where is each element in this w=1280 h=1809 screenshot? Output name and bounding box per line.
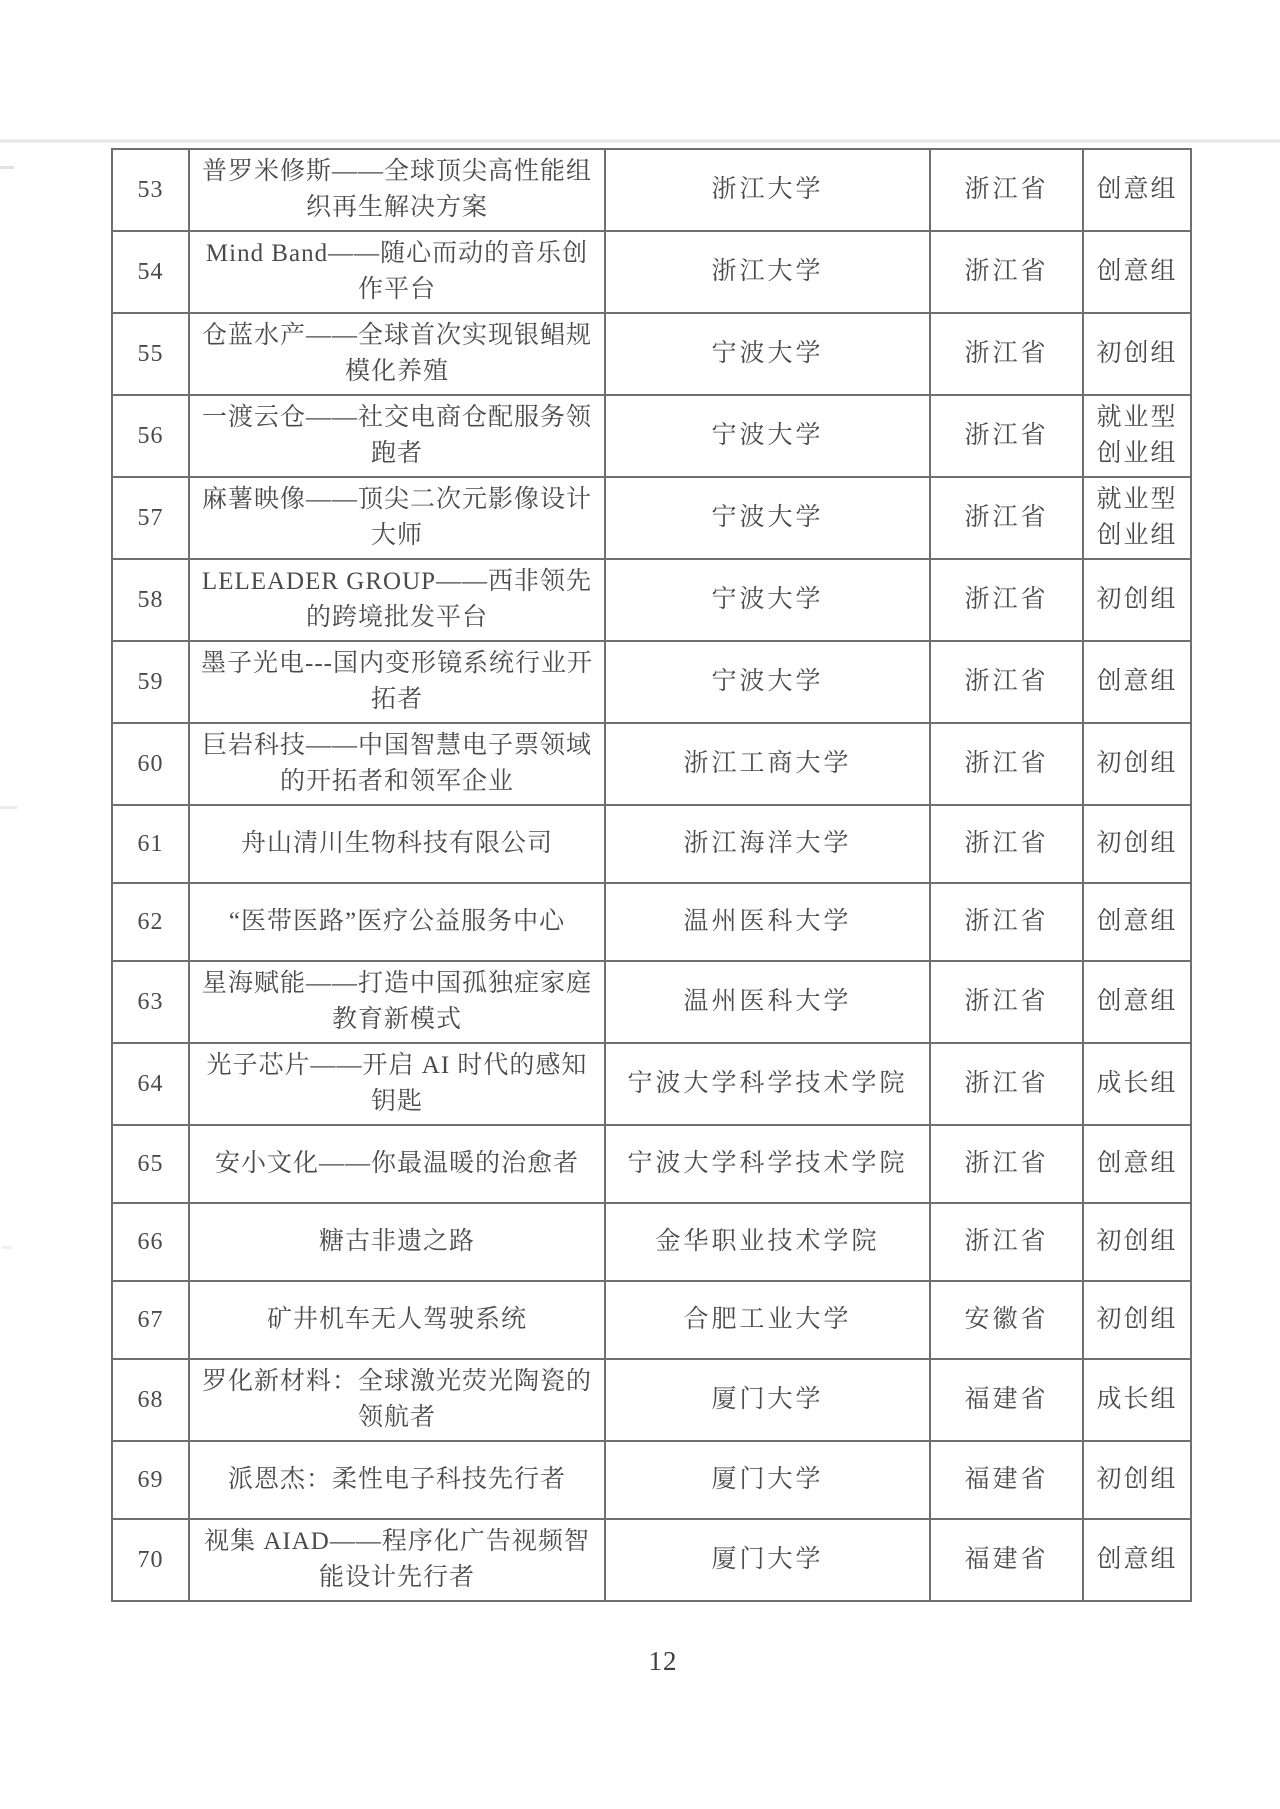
project-name-cell: 巨岩科技——中国智慧电子票领域的开拓者和领军企业 bbox=[189, 723, 605, 805]
project-name-cell: LELEADER GROUP——西非领先的跨境批发平台 bbox=[189, 559, 605, 641]
university-cell: 宁波大学 bbox=[605, 477, 930, 559]
university-cell: 合肥工业大学 bbox=[605, 1281, 930, 1359]
row-number-cell: 65 bbox=[112, 1125, 189, 1203]
row-number-cell: 66 bbox=[112, 1203, 189, 1281]
group-cell: 初创组 bbox=[1083, 805, 1191, 883]
project-name-cell: 舟山清川生物科技有限公司 bbox=[189, 805, 605, 883]
university-cell: 宁波大学 bbox=[605, 313, 930, 395]
table-row: 69 派恩杰：柔性电子科技先行者 厦门大学 福建省 初创组 bbox=[112, 1441, 1191, 1519]
group-cell: 就业型创业组 bbox=[1083, 477, 1191, 559]
scan-seam-band bbox=[0, 139, 1280, 143]
table-row: 55 仓蓝水产——全球首次实现银鲳规模化养殖 宁波大学 浙江省 初创组 bbox=[112, 313, 1191, 395]
province-cell: 福建省 bbox=[930, 1519, 1083, 1601]
university-cell: 金华职业技术学院 bbox=[605, 1203, 930, 1281]
university-cell: 厦门大学 bbox=[605, 1359, 930, 1441]
row-number-cell: 64 bbox=[112, 1043, 189, 1125]
province-cell: 浙江省 bbox=[930, 477, 1083, 559]
group-cell: 初创组 bbox=[1083, 313, 1191, 395]
group-cell: 就业型创业组 bbox=[1083, 395, 1191, 477]
province-cell: 浙江省 bbox=[930, 149, 1083, 231]
group-cell: 创意组 bbox=[1083, 641, 1191, 723]
province-cell: 浙江省 bbox=[930, 1043, 1083, 1125]
table-row: 57 麻薯映像——顶尖二次元影像设计大师 宁波大学 浙江省 就业型创业组 bbox=[112, 477, 1191, 559]
project-name-cell: Mind Band——随心而动的音乐创作平台 bbox=[189, 231, 605, 313]
project-name-cell: “医带医路”医疗公益服务中心 bbox=[189, 883, 605, 961]
scanned-document-page: 53 普罗米修斯——全球顶尖高性能组织再生解决方案 浙江大学 浙江省 创意组 5… bbox=[0, 0, 1280, 1809]
group-cell: 创意组 bbox=[1083, 1519, 1191, 1601]
university-cell: 温州医科大学 bbox=[605, 961, 930, 1043]
group-cell: 创意组 bbox=[1083, 149, 1191, 231]
results-table: 53 普罗米修斯——全球顶尖高性能组织再生解决方案 浙江大学 浙江省 创意组 5… bbox=[111, 148, 1192, 1602]
row-number-cell: 60 bbox=[112, 723, 189, 805]
province-cell: 浙江省 bbox=[930, 313, 1083, 395]
university-cell: 浙江大学 bbox=[605, 149, 930, 231]
table-row: 62 “医带医路”医疗公益服务中心 温州医科大学 浙江省 创意组 bbox=[112, 883, 1191, 961]
table-row: 65 安小文化——你最温暖的治愈者 宁波大学科学技术学院 浙江省 创意组 bbox=[112, 1125, 1191, 1203]
province-cell: 福建省 bbox=[930, 1359, 1083, 1441]
table-row: 54 Mind Band——随心而动的音乐创作平台 浙江大学 浙江省 创意组 bbox=[112, 231, 1191, 313]
row-number-cell: 68 bbox=[112, 1359, 189, 1441]
group-cell: 初创组 bbox=[1083, 723, 1191, 805]
table-row: 58 LELEADER GROUP——西非领先的跨境批发平台 宁波大学 浙江省 … bbox=[112, 559, 1191, 641]
university-cell: 宁波大学 bbox=[605, 559, 930, 641]
row-number-cell: 67 bbox=[112, 1281, 189, 1359]
project-name-cell: 星海赋能——打造中国孤独症家庭教育新模式 bbox=[189, 961, 605, 1043]
province-cell: 浙江省 bbox=[930, 395, 1083, 477]
row-number-cell: 61 bbox=[112, 805, 189, 883]
row-number-cell: 58 bbox=[112, 559, 189, 641]
row-number-cell: 59 bbox=[112, 641, 189, 723]
group-cell: 创意组 bbox=[1083, 961, 1191, 1043]
university-cell: 浙江海洋大学 bbox=[605, 805, 930, 883]
province-cell: 浙江省 bbox=[930, 641, 1083, 723]
row-number-cell: 53 bbox=[112, 149, 189, 231]
university-cell: 宁波大学科学技术学院 bbox=[605, 1043, 930, 1125]
province-cell: 浙江省 bbox=[930, 723, 1083, 805]
project-name-cell: 麻薯映像——顶尖二次元影像设计大师 bbox=[189, 477, 605, 559]
project-name-cell: 派恩杰：柔性电子科技先行者 bbox=[189, 1441, 605, 1519]
results-table-body: 53 普罗米修斯——全球顶尖高性能组织再生解决方案 浙江大学 浙江省 创意组 5… bbox=[112, 149, 1191, 1601]
province-cell: 福建省 bbox=[930, 1441, 1083, 1519]
row-number-cell: 55 bbox=[112, 313, 189, 395]
project-name-cell: 矿井机车无人驾驶系统 bbox=[189, 1281, 605, 1359]
row-number-cell: 69 bbox=[112, 1441, 189, 1519]
scan-artifact bbox=[0, 166, 14, 169]
project-name-cell: 光子芯片——开启 AI 时代的感知钥匙 bbox=[189, 1043, 605, 1125]
university-cell: 宁波大学 bbox=[605, 641, 930, 723]
province-cell: 浙江省 bbox=[930, 1203, 1083, 1281]
table-row: 64 光子芯片——开启 AI 时代的感知钥匙 宁波大学科学技术学院 浙江省 成长… bbox=[112, 1043, 1191, 1125]
province-cell: 浙江省 bbox=[930, 1125, 1083, 1203]
province-cell: 浙江省 bbox=[930, 231, 1083, 313]
province-cell: 浙江省 bbox=[930, 805, 1083, 883]
project-name-cell: 罗化新材料：全球激光荧光陶瓷的领航者 bbox=[189, 1359, 605, 1441]
province-cell: 浙江省 bbox=[930, 961, 1083, 1043]
project-name-cell: 一渡云仓——社交电商仓配服务领跑者 bbox=[189, 395, 605, 477]
row-number-cell: 56 bbox=[112, 395, 189, 477]
province-cell: 浙江省 bbox=[930, 883, 1083, 961]
table-row: 59 墨子光电---国内变形镜系统行业开拓者 宁波大学 浙江省 创意组 bbox=[112, 641, 1191, 723]
project-name-cell: 安小文化——你最温暖的治愈者 bbox=[189, 1125, 605, 1203]
project-name-cell: 普罗米修斯——全球顶尖高性能组织再生解决方案 bbox=[189, 149, 605, 231]
group-cell: 创意组 bbox=[1083, 883, 1191, 961]
university-cell: 浙江大学 bbox=[605, 231, 930, 313]
row-number-cell: 57 bbox=[112, 477, 189, 559]
scan-artifact bbox=[0, 806, 17, 809]
university-cell: 宁波大学 bbox=[605, 395, 930, 477]
province-cell: 安徽省 bbox=[930, 1281, 1083, 1359]
row-number-cell: 70 bbox=[112, 1519, 189, 1601]
group-cell: 成长组 bbox=[1083, 1359, 1191, 1441]
project-name-cell: 仓蓝水产——全球首次实现银鲳规模化养殖 bbox=[189, 313, 605, 395]
group-cell: 创意组 bbox=[1083, 1125, 1191, 1203]
table-row: 56 一渡云仓——社交电商仓配服务领跑者 宁波大学 浙江省 就业型创业组 bbox=[112, 395, 1191, 477]
group-cell: 初创组 bbox=[1083, 1203, 1191, 1281]
table-row: 60 巨岩科技——中国智慧电子票领域的开拓者和领军企业 浙江工商大学 浙江省 初… bbox=[112, 723, 1191, 805]
table-row: 67 矿井机车无人驾驶系统 合肥工业大学 安徽省 初创组 bbox=[112, 1281, 1191, 1359]
project-name-cell: 视集 AIAD——程序化广告视频智能设计先行者 bbox=[189, 1519, 605, 1601]
table-row: 66 糖古非遗之路 金华职业技术学院 浙江省 初创组 bbox=[112, 1203, 1191, 1281]
group-cell: 成长组 bbox=[1083, 1043, 1191, 1125]
scan-artifact bbox=[2, 1246, 12, 1249]
group-cell: 创意组 bbox=[1083, 231, 1191, 313]
table-row: 68 罗化新材料：全球激光荧光陶瓷的领航者 厦门大学 福建省 成长组 bbox=[112, 1359, 1191, 1441]
university-cell: 温州医科大学 bbox=[605, 883, 930, 961]
row-number-cell: 63 bbox=[112, 961, 189, 1043]
table-row: 53 普罗米修斯——全球顶尖高性能组织再生解决方案 浙江大学 浙江省 创意组 bbox=[112, 149, 1191, 231]
group-cell: 初创组 bbox=[1083, 559, 1191, 641]
table-row: 70 视集 AIAD——程序化广告视频智能设计先行者 厦门大学 福建省 创意组 bbox=[112, 1519, 1191, 1601]
group-cell: 初创组 bbox=[1083, 1281, 1191, 1359]
group-cell: 初创组 bbox=[1083, 1441, 1191, 1519]
table-row: 61 舟山清川生物科技有限公司 浙江海洋大学 浙江省 初创组 bbox=[112, 805, 1191, 883]
university-cell: 厦门大学 bbox=[605, 1441, 930, 1519]
project-name-cell: 糖古非遗之路 bbox=[189, 1203, 605, 1281]
table-row: 63 星海赋能——打造中国孤独症家庭教育新模式 温州医科大学 浙江省 创意组 bbox=[112, 961, 1191, 1043]
project-name-cell: 墨子光电---国内变形镜系统行业开拓者 bbox=[189, 641, 605, 723]
row-number-cell: 62 bbox=[112, 883, 189, 961]
university-cell: 厦门大学 bbox=[605, 1519, 930, 1601]
university-cell: 浙江工商大学 bbox=[605, 723, 930, 805]
university-cell: 宁波大学科学技术学院 bbox=[605, 1125, 930, 1203]
row-number-cell: 54 bbox=[112, 231, 189, 313]
page-number: 12 bbox=[640, 1646, 686, 1677]
province-cell: 浙江省 bbox=[930, 559, 1083, 641]
